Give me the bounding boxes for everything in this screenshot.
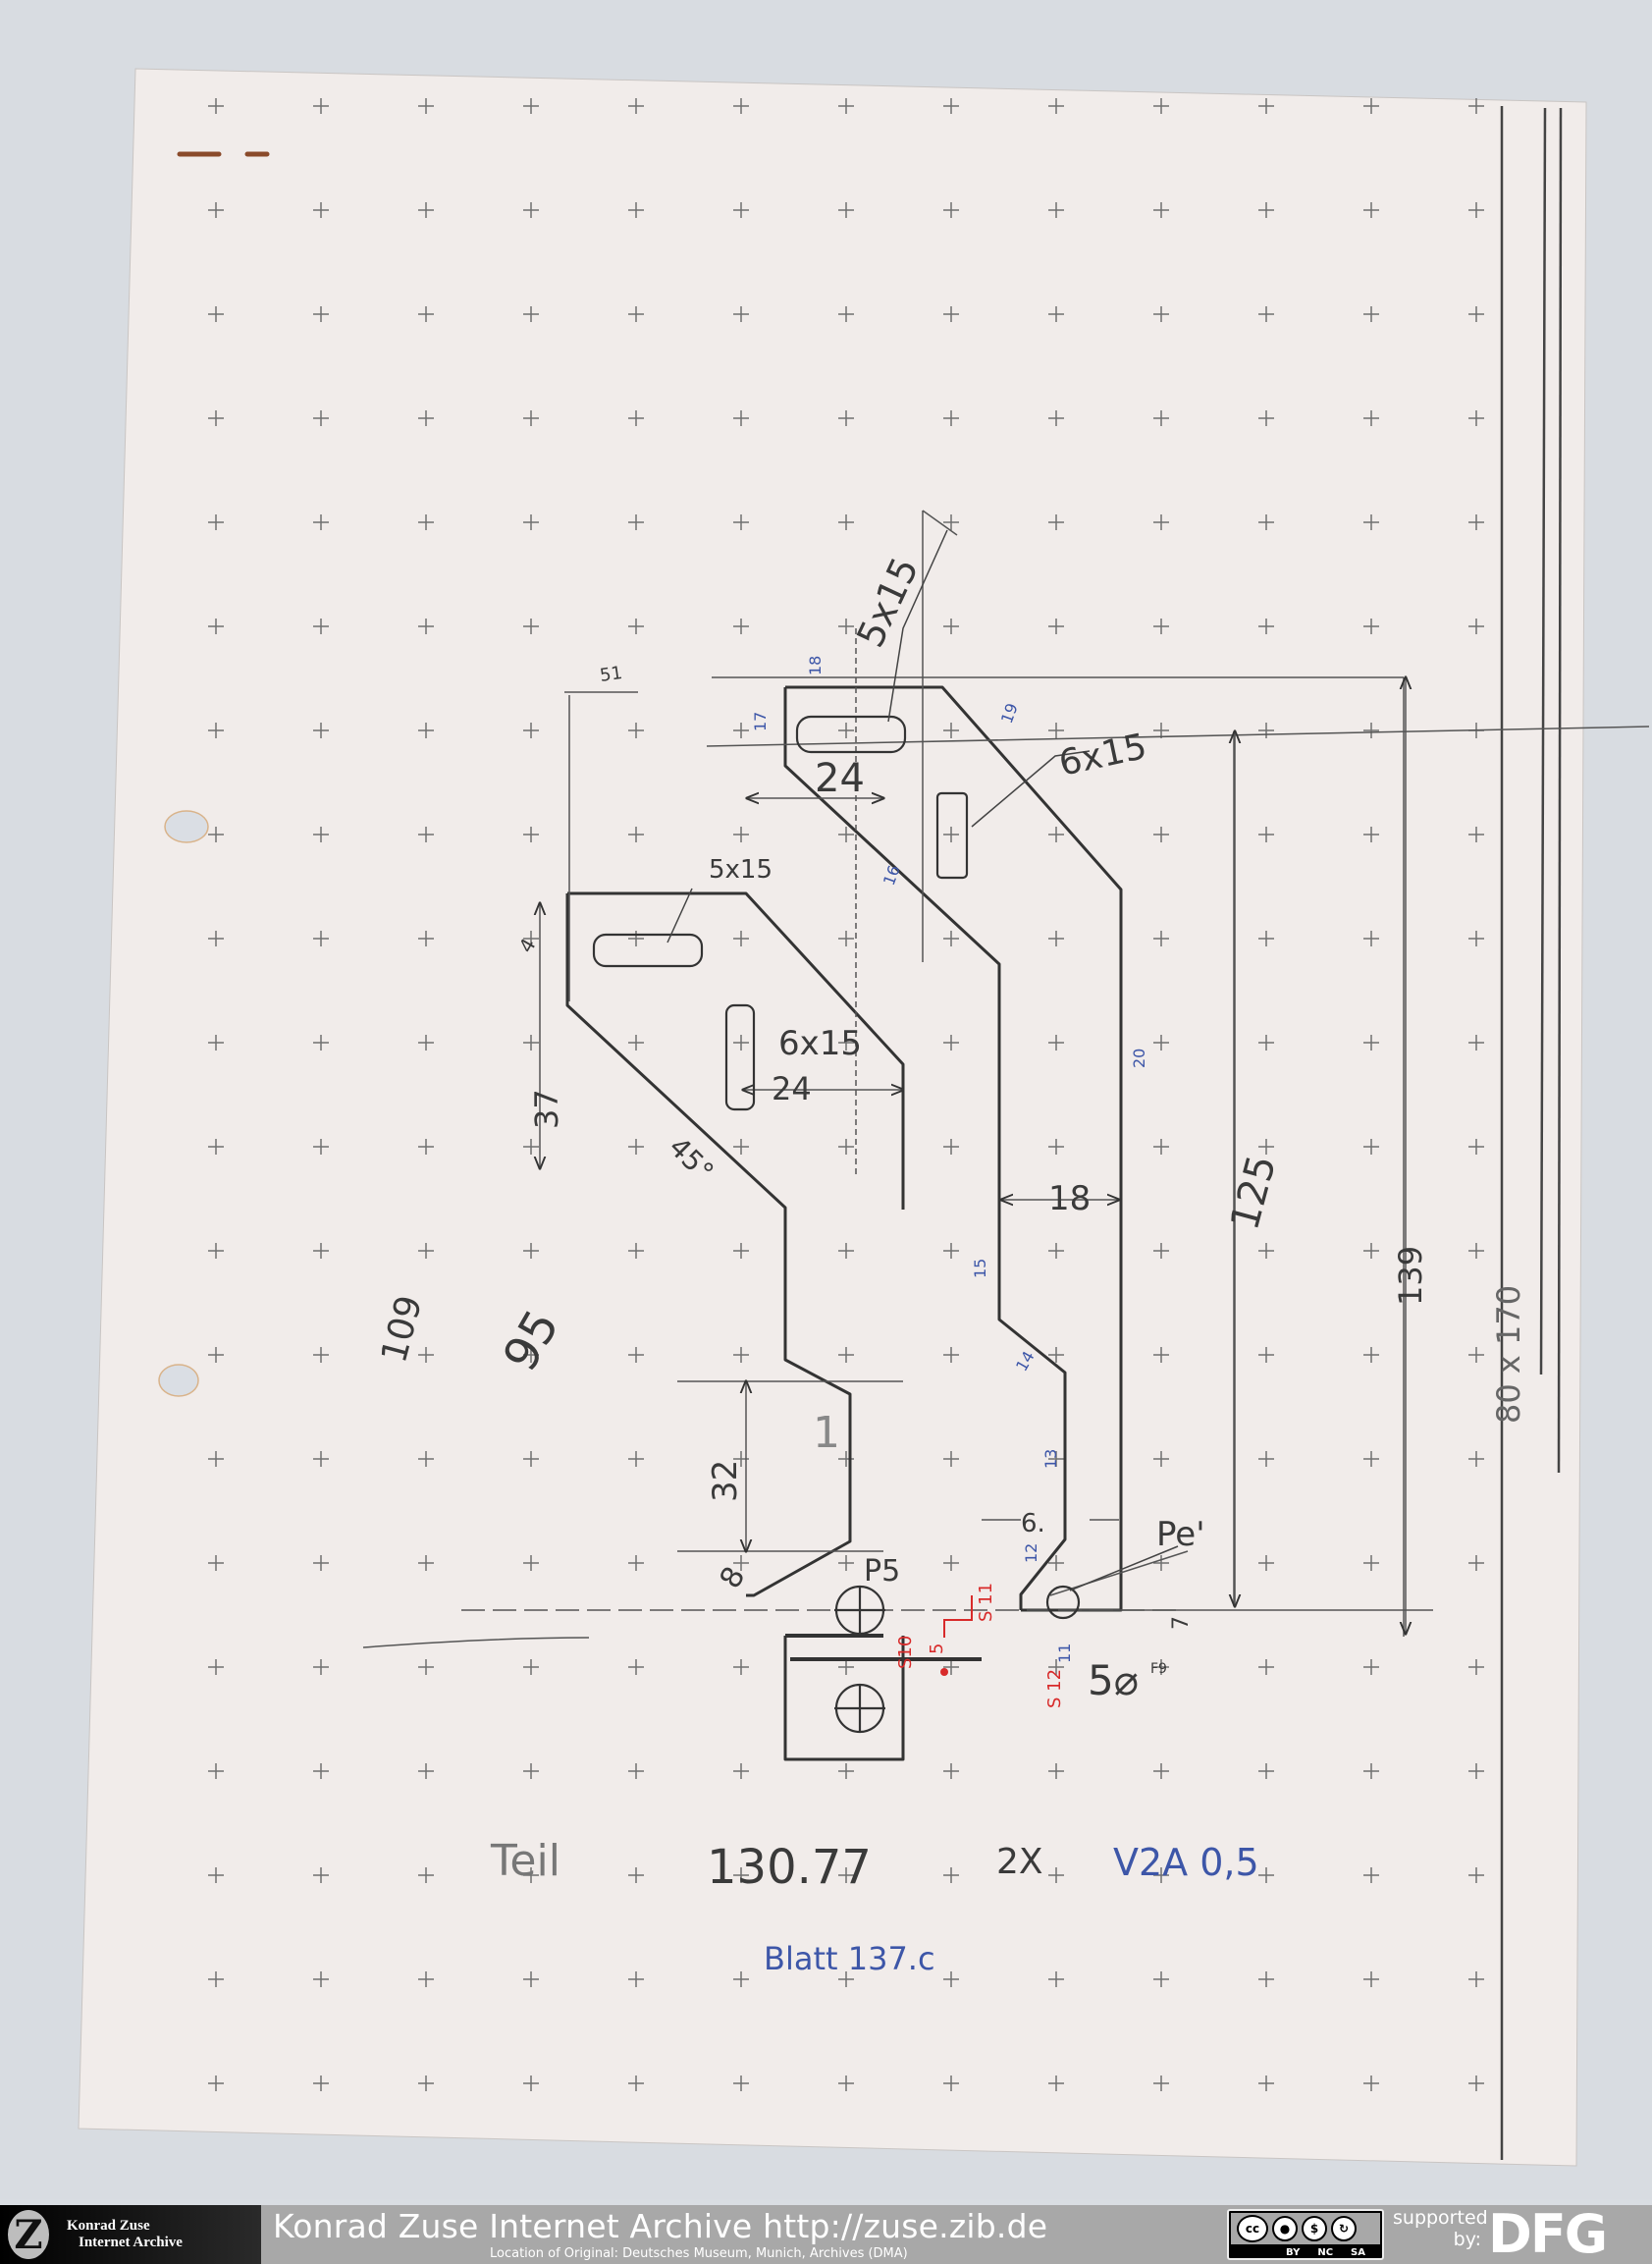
svg-text:51: 51 bbox=[599, 663, 624, 686]
license-nc-label: NC bbox=[1317, 2246, 1333, 2260]
svg-text:Pe': Pe' bbox=[1156, 1515, 1205, 1554]
sa-circle-arrow-icon: ↻ bbox=[1331, 2216, 1357, 2241]
svg-text:Teil: Teil bbox=[490, 1836, 560, 1886]
drawing-sheet: 51 5x15 6x15 24 5x15 6x15 24 37 4 45° 18… bbox=[0, 0, 1652, 2199]
svg-text:17: 17 bbox=[751, 712, 770, 731]
svg-text:5: 5 bbox=[927, 1644, 947, 1654]
svg-text:5⌀: 5⌀ bbox=[1088, 1656, 1139, 1704]
svg-text:18: 18 bbox=[1048, 1179, 1091, 1218]
svg-text:24: 24 bbox=[772, 1070, 812, 1107]
svg-text:18: 18 bbox=[806, 656, 825, 675]
logo-line-1: Konrad Zuse bbox=[67, 2218, 150, 2234]
svg-text:130.77: 130.77 bbox=[707, 1840, 872, 1895]
supported-by-text: supported by: bbox=[1393, 2207, 1481, 2250]
svg-text:20: 20 bbox=[1130, 1049, 1148, 1068]
z-logo-icon: Z bbox=[8, 2210, 49, 2259]
svg-text:13: 13 bbox=[1041, 1449, 1060, 1469]
svg-text:6x15: 6x15 bbox=[778, 1024, 862, 1063]
svg-text:S10: S10 bbox=[895, 1636, 916, 1669]
cc-icon: cc bbox=[1237, 2215, 1268, 2242]
svg-text:2X: 2X bbox=[996, 1842, 1043, 1882]
svg-text:80 x 170: 80 x 170 bbox=[1490, 1285, 1527, 1424]
nc-dollar-icon: $ bbox=[1302, 2216, 1327, 2241]
svg-text:24: 24 bbox=[815, 756, 865, 801]
svg-text:V2A 0,5: V2A 0,5 bbox=[1113, 1841, 1259, 1884]
svg-text:139: 139 bbox=[1392, 1246, 1429, 1306]
svg-text:Blatt 137.c: Blatt 137.c bbox=[764, 1940, 935, 1977]
svg-text:P5: P5 bbox=[864, 1554, 900, 1589]
punch-hole-top bbox=[165, 811, 208, 842]
by-person-icon: ● bbox=[1272, 2216, 1298, 2241]
cc-license-badge[interactable]: cc ● $ ↻ BY NC SA bbox=[1227, 2209, 1384, 2260]
archive-title-link[interactable]: Konrad Zuse Internet Archive http://zuse… bbox=[273, 2207, 1047, 2245]
license-sa-label: SA bbox=[1351, 2246, 1365, 2260]
svg-text:15: 15 bbox=[971, 1259, 989, 1278]
zuse-archive-logo[interactable]: Z Konrad Zuse Internet Archive bbox=[0, 2205, 261, 2264]
svg-text:1: 1 bbox=[813, 1408, 840, 1458]
punch-hole-bottom bbox=[159, 1365, 198, 1396]
original-location-text: Location of Original: Deutsches Museum, … bbox=[490, 2246, 908, 2261]
dfg-logo[interactable]: DFG bbox=[1488, 2205, 1606, 2264]
svg-text:11: 11 bbox=[1055, 1644, 1074, 1663]
svg-text:37: 37 bbox=[528, 1089, 565, 1129]
svg-text:6.: 6. bbox=[1021, 1509, 1045, 1538]
svg-text:5x15: 5x15 bbox=[709, 855, 773, 885]
archive-footer-banner: Z Konrad Zuse Internet Archive Konrad Zu… bbox=[0, 2205, 1652, 2264]
svg-text:7: 7 bbox=[1169, 1616, 1194, 1630]
svg-text:12: 12 bbox=[1022, 1543, 1040, 1563]
scanned-document-area: 51 5x15 6x15 24 5x15 6x15 24 37 4 45° 18… bbox=[0, 0, 1652, 2199]
svg-text:S 12: S 12 bbox=[1044, 1669, 1065, 1708]
license-by-label: BY bbox=[1286, 2246, 1300, 2260]
svg-text:32: 32 bbox=[706, 1460, 745, 1502]
logo-line-2: Internet Archive bbox=[67, 2235, 183, 2251]
svg-text:F9: F9 bbox=[1150, 1661, 1167, 1677]
svg-text:S 11: S 11 bbox=[976, 1583, 996, 1622]
